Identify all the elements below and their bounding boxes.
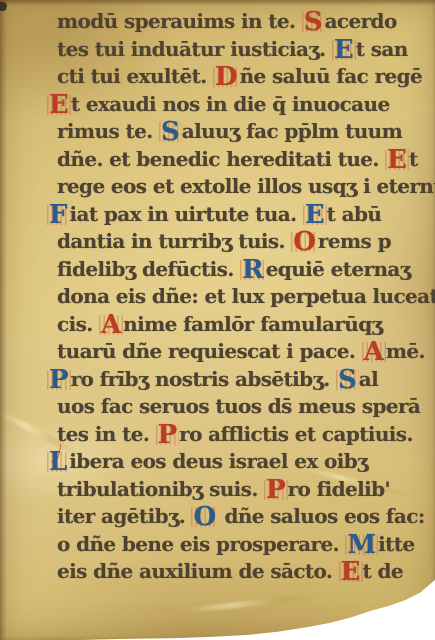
text-segment: dñe. et benedic hereditati tue.: [57, 147, 385, 171]
illuminated-initial: E: [332, 35, 356, 65]
text-segment: dantia in turribʒ tuis.: [57, 229, 291, 253]
text-segment: t: [409, 147, 418, 171]
illuminated-initial: A: [99, 310, 123, 340]
manuscript-line: Pro frībʒ nostris absētibʒ. Sal: [47, 366, 429, 394]
illuminated-initial: S: [336, 365, 359, 395]
illuminated-initial: P: [156, 420, 180, 450]
text-segment: mē.: [386, 339, 425, 363]
text-segment: t abū: [327, 202, 382, 226]
text-segment: fidelibʒ defūctis.: [57, 257, 240, 281]
text-segment: tes in te.: [57, 422, 156, 446]
text-segment: itte: [378, 532, 414, 556]
manuscript-line: cis. Anime famlōr famularūqʒ: [57, 311, 429, 339]
manuscript-line: dantia in turribʒ tuis. Orems p: [57, 228, 429, 256]
parchment-crease: [180, 592, 330, 614]
manuscript-line: rimus te. Saluuʒ fac pp̄lm tuum: [57, 118, 429, 146]
manuscript-line: modū sperauims in te. Sacerdo: [57, 8, 429, 36]
manuscript-line: Libera eos deus israel ex oibʒ: [47, 448, 429, 476]
text-segment: rems p: [318, 229, 391, 253]
illuminated-initial: E: [303, 200, 327, 230]
manuscript-line: Et exaudi nos in die q̄ inuocaue: [47, 91, 429, 119]
manuscript-line: fidelibʒ defūctis. Requiē eternaʒ: [57, 256, 429, 284]
text-segment: t de: [363, 559, 404, 583]
text-segment: cti tui exultēt.: [57, 64, 213, 88]
manuscript-line: uos fac seruos tuos ds̄ meus sperā: [57, 393, 429, 421]
text-segment: ñe saluū fac regē: [240, 64, 423, 88]
illuminated-initial: M: [345, 530, 378, 560]
manuscript-line: Fiat pax in uirtute tua. Et abū: [47, 201, 429, 229]
illuminated-initial: E: [339, 557, 363, 587]
text-segment: tuarū dñe requiescat i pace.: [57, 339, 362, 363]
text-segment: ro afflictis et captiuis.: [179, 422, 413, 446]
illuminated-initial: S: [159, 117, 182, 147]
text-segment: equiē eternaʒ: [266, 257, 411, 281]
text-segment: aluuʒ fac pp̄lm tuum: [182, 119, 402, 143]
manuscript-line: cti tui exultēt. Dñe saluū fac regē: [57, 63, 429, 91]
manuscript-line: dona eis dñe: et lux perpetua luceat: [57, 283, 429, 311]
text-segment: rimus te.: [57, 119, 159, 143]
illuminated-initial: E: [47, 90, 71, 120]
text-segment: tes tui induātur iusticiaʒ.: [57, 37, 332, 61]
text-segment: tribulationibʒ suis.: [57, 477, 264, 501]
text-segment: o dñe bene eis prosperare.: [57, 532, 345, 556]
text-segment: dona eis dñe: et lux perpetua luceat: [57, 284, 435, 308]
text-segment: t san: [356, 37, 408, 61]
text-segment: uos fac seruos tuos ds̄ meus sperā: [57, 394, 420, 418]
illuminated-initial: F: [47, 200, 69, 230]
manuscript-line: tes tui induātur iusticiaʒ. Et san: [57, 36, 429, 64]
text-block: modū sperauims in te. Sacerdotes tui ind…: [57, 8, 429, 586]
parchment-leaf: modū sperauims in te. Sacerdotes tui ind…: [0, 0, 435, 640]
text-segment: modū sperauims in te.: [57, 9, 302, 33]
text-segment: nime famlōr famularūqʒ: [123, 312, 382, 336]
text-segment: eis dñe auxilium de sācto.: [57, 559, 339, 583]
text-segment: dñe saluos eos fac:: [218, 504, 425, 528]
text-segment: rege eos et extolle illos usqʒ i eternū.: [57, 174, 435, 198]
text-segment: ibera eos deus israel ex oibʒ: [69, 449, 368, 473]
illuminated-initial: D: [213, 62, 240, 92]
manuscript-line: rege eos et extolle illos usqʒ i eternū.: [57, 173, 429, 201]
manuscript-line: o dñe bene eis prosperare. Mitte: [57, 531, 429, 559]
manuscript-line: tribulationibʒ suis. Pro fidelib': [57, 476, 429, 504]
manuscript-line: iter agētibʒ. O dñe saluos eos fac:: [57, 503, 429, 531]
text-segment: cis.: [57, 312, 99, 336]
illuminated-initial: S: [302, 7, 325, 37]
manuscript-line: tuarū dñe requiescat i pace. Amē.: [57, 338, 429, 366]
illuminated-initial: E: [385, 145, 409, 175]
edge-speck: [0, 2, 7, 11]
text-segment: iter agētibʒ.: [57, 504, 191, 528]
illuminated-initial: O: [291, 227, 318, 257]
manuscript-line: dñe. et benedic hereditati tue. Et: [57, 146, 429, 174]
illuminated-initial: L: [47, 447, 69, 477]
manuscript-line: tes in te. Pro afflictis et captiuis.: [57, 421, 429, 449]
text-segment: acerdo: [325, 9, 397, 33]
text-segment: al: [359, 367, 378, 391]
illuminated-initial: P: [264, 475, 288, 505]
illuminated-initial: A: [362, 337, 386, 367]
illuminated-initial: O: [191, 502, 218, 532]
text-segment: iat pax in uirtute tua.: [69, 202, 302, 226]
illuminated-initial: R: [240, 255, 266, 285]
scanned-manuscript-photo: modū sperauims in te. Sacerdotes tui ind…: [0, 0, 435, 640]
manuscript-line: eis dñe auxilium de sācto. Et de: [57, 558, 429, 586]
text-segment: ro fidelib': [288, 477, 390, 501]
text-segment: t exaudi nos in die q̄ inuocaue: [71, 92, 390, 116]
text-segment: ro frībʒ nostris absētibʒ.: [71, 367, 336, 391]
illuminated-initial: P: [47, 365, 71, 395]
